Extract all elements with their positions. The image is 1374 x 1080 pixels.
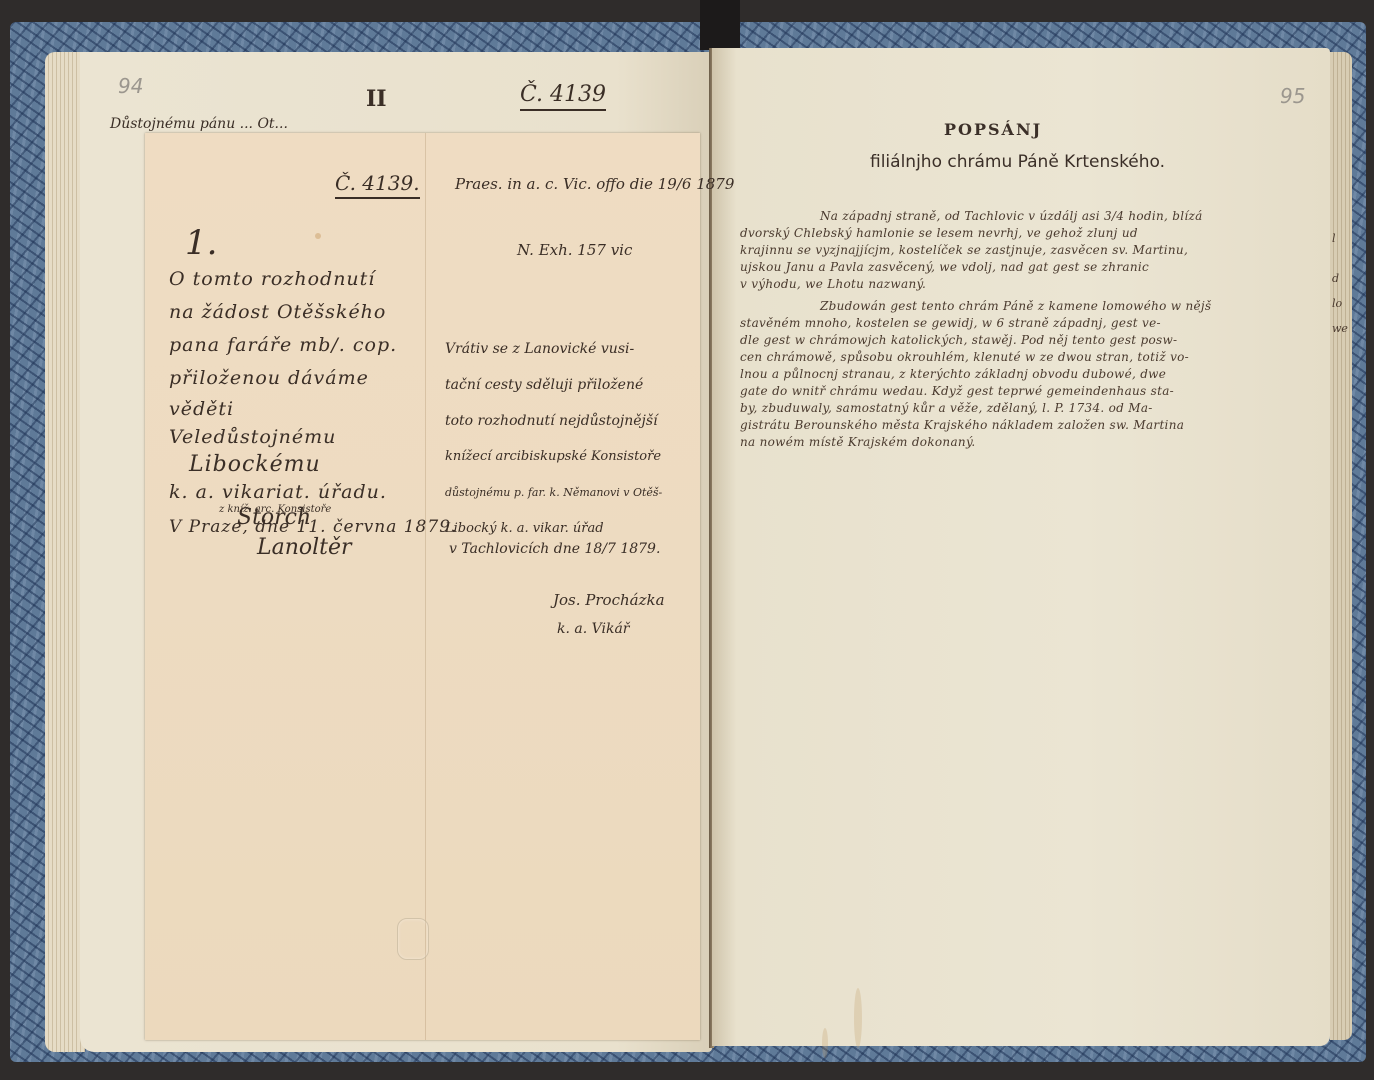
paragraph-2: Zbudowán gest tento chrám Páně z kamene … [740, 298, 1300, 451]
text-line: toto rozhodnutí nejdůstojnější [445, 403, 695, 439]
water-stain [854, 988, 862, 1048]
text-line: přiloženou dáváme [169, 362, 429, 395]
water-stain [822, 1028, 828, 1058]
page-title: POPSÁNJ [944, 120, 1042, 139]
text-line: O tomto rozhodnutí [169, 263, 429, 296]
folio-number-left: 94 [118, 74, 143, 98]
folio-number-right: 95 [1280, 84, 1305, 108]
text-line: k. a. vikariat. úřadu. [169, 479, 429, 505]
received-note: Praes. in a. c. Vic. offo die 19/6 1879 [455, 175, 734, 193]
text-line: Veledůstojnému [169, 423, 429, 451]
signature-lanolter: Lanoltěr [257, 535, 352, 560]
text-line: gate do wnitř chrámu wedau. Když gest te… [740, 383, 1300, 400]
letter-reference-number: Č. 4139. [335, 171, 420, 199]
decision-text: O tomto rozhodnutí na žádost Otěšského p… [169, 263, 429, 539]
page-subtitle: filiálnjho chrámu Páně Krtenského. [870, 152, 1165, 172]
text-line: dvorský Chlebský hamlonie se lesem nevrh… [740, 225, 1300, 242]
text-line: Zbudowán gest tento chrám Páně z kamene … [740, 298, 1300, 315]
text-line: krajinnu se vyzjnajjícjm, kostelíček se … [740, 242, 1300, 259]
left-page-stack [45, 52, 85, 1052]
signature-storch: Storch [237, 505, 311, 530]
text-line: tační cesty sděluji přiložené [445, 367, 695, 403]
item-marker: 1. [185, 223, 217, 263]
text-line: lnou a půlnocnj stranau, z kterýchto zák… [740, 366, 1300, 383]
text-line: Libockému [169, 451, 429, 479]
margin-mark: l [1332, 232, 1336, 245]
right-page-stack: l d lo we [1330, 52, 1352, 1040]
margin-mark: we [1332, 322, 1348, 335]
text-line: by, zbuduwaly, samostatný kůr a věže, zd… [740, 400, 1300, 417]
forwarding-text: Vrátiv se z Lanovické vusi- tační cesty … [445, 331, 695, 547]
text-line: dle gest w chrámowjch katolických, stawě… [740, 332, 1300, 349]
text-line: důstojnému p. far. k. Němanovi v Otěš- [445, 475, 695, 511]
embossed-seal-icon [397, 918, 429, 960]
text-line: gistrátu Berounského města Krajského nák… [740, 417, 1300, 434]
ink-spot [315, 233, 321, 239]
text-line: cen chrámowě, spůsobu okrouhlém, klenuté… [740, 349, 1300, 366]
right-page: 95 POPSÁNJ filiálnjho chrámu Páně Krtens… [712, 48, 1330, 1046]
text-line: na žádost Otěšského [169, 296, 429, 329]
text-line: Vrátiv se z Lanovické vusi- [445, 331, 695, 367]
text-line: v výhodu, we Lhotu nazwaný. [740, 276, 1300, 293]
text-line: na nowém místě Krajském dokonaný. [740, 434, 1300, 451]
partial-first-line: Důstojnému pánu ... Ot... [110, 116, 288, 132]
paragraph-1: Na západnj straně, od Tachlovic v úzdálj… [740, 208, 1300, 293]
text-line: stavěném mnoho, kostelen se gewidj, w 6 … [740, 315, 1300, 332]
text-line: věděti [169, 395, 429, 423]
margin-mark: d [1332, 272, 1339, 285]
signature-title: k. a. Vikář [557, 621, 630, 637]
spine-gap [700, 0, 740, 50]
signature-prochazka: Jos. Procházka [553, 591, 665, 609]
section-marker: II [366, 86, 387, 112]
text-line: knížecí arcibiskupské Konsistoře [445, 439, 695, 475]
text-line: Na západnj straně, od Tachlovic v úzdálj… [740, 208, 1300, 225]
place-date: v Tachlovicích dne 18/7 1879. [449, 541, 660, 557]
margin-mark: lo [1332, 297, 1342, 310]
text-line: pana faráře mb/. cop. [169, 329, 429, 362]
inserted-letter: Č. 4139. 1. O tomto rozhodnutí na žádost… [145, 133, 700, 1040]
text-line: ujskou Janu a Pavla zasvěcený, we vdolj,… [740, 259, 1300, 276]
reference-number-header: Č. 4139 [520, 82, 606, 111]
exhibit-number: N. Exh. 157 vic [517, 241, 632, 259]
